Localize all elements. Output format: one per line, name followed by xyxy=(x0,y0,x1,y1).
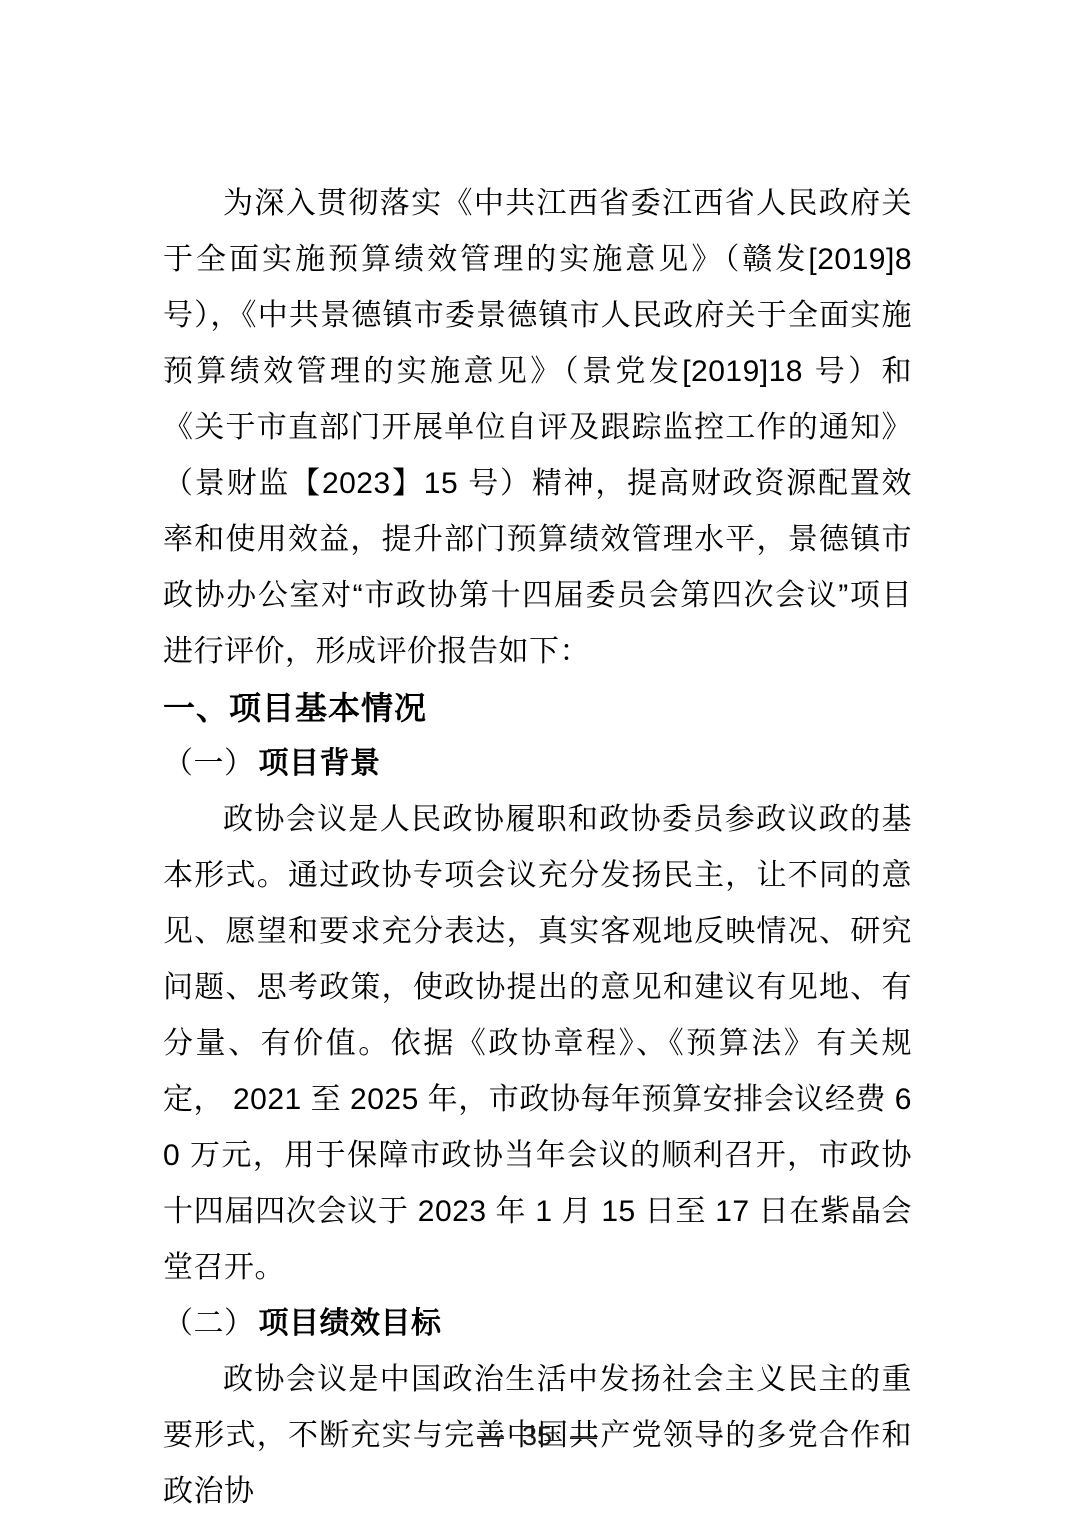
subsection-heading-background: （一）项目背景 xyxy=(163,736,912,792)
subsection-number: （二） xyxy=(163,1307,255,1340)
footer-dash-right: — xyxy=(570,1421,597,1451)
document-content: 为深入贯彻落实《中共江西省委江西省人民政府关于全面实施预算绩效管理的实施意见》（… xyxy=(163,176,912,1518)
subsection-title: 项目绩效目标 xyxy=(259,1307,442,1340)
section-heading-basic-info: 一、项目基本情况 xyxy=(163,680,912,736)
paragraph-background: 政协会议是人民政协履职和政协委员参政议政的基本形式。通过政协专项会议充分发扬民主… xyxy=(163,792,912,1296)
paragraph-intro: 为深入贯彻落实《中共江西省委江西省人民政府关于全面实施预算绩效管理的实施意见》（… xyxy=(163,176,912,680)
subsection-title: 项目背景 xyxy=(259,747,381,780)
subsection-number: （一） xyxy=(163,747,255,780)
footer-dash-left: — xyxy=(477,1421,504,1451)
subsection-heading-performance-goal: （二）项目绩效目标 xyxy=(163,1296,912,1352)
document-page: 为深入贯彻落实《中共江西省委江西省人民政府关于全面实施预算绩效管理的实施意见》（… xyxy=(0,0,1074,1518)
page-number: 35 xyxy=(522,1421,552,1451)
page-footer: —35— xyxy=(0,1416,1074,1456)
